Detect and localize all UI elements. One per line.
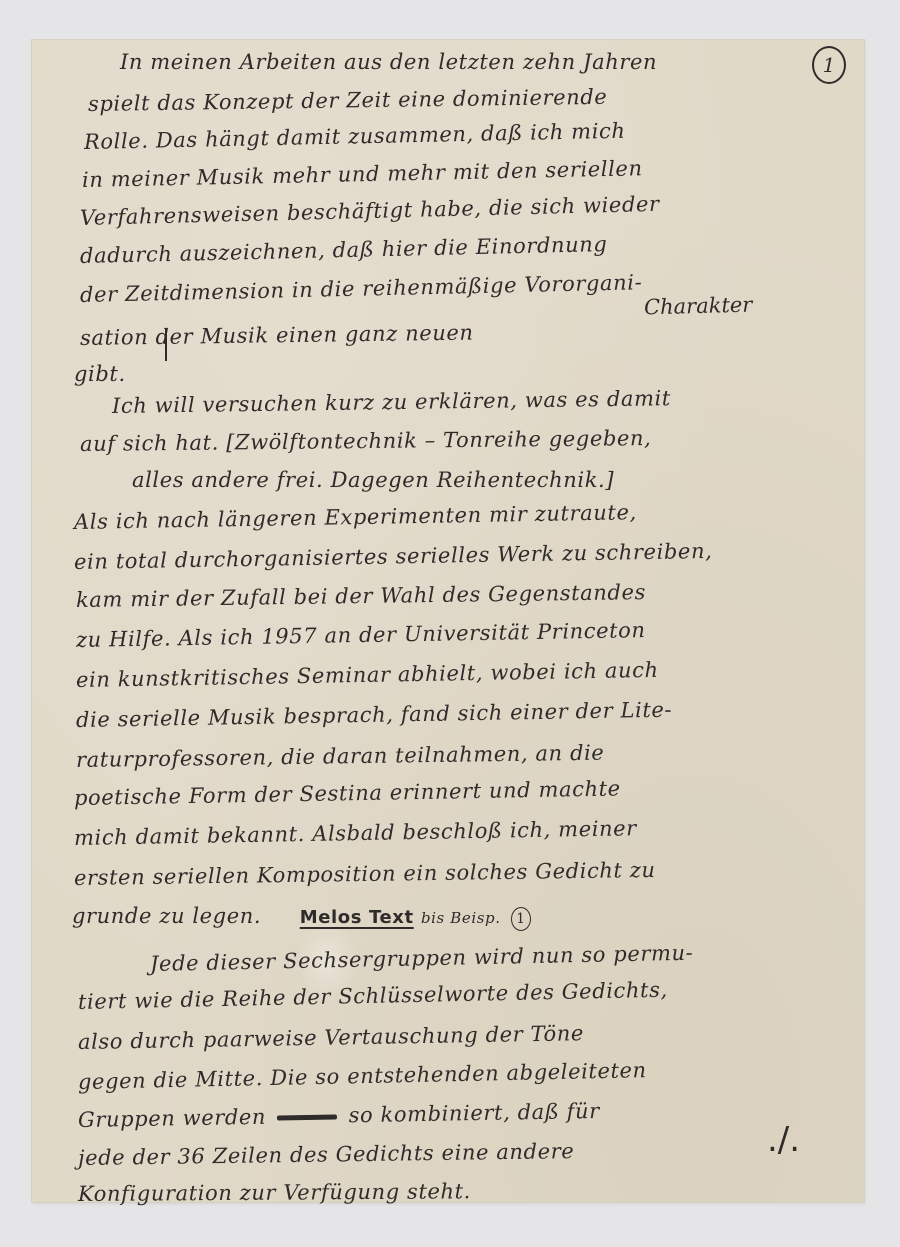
text-fragment: grunde zu legen. bbox=[72, 904, 261, 928]
text-line: ein total durchorganisiertes serielles W… bbox=[74, 539, 713, 574]
text-line: spielt das Konzept der Zeit eine dominie… bbox=[88, 85, 608, 116]
text-line: raturprofessoren, die daran teilnahmen, … bbox=[76, 741, 605, 772]
text-line: dadurch auszeichnen, daß hier die Einord… bbox=[80, 232, 608, 268]
text-line: Konfiguration zur Verfügung steht. bbox=[78, 1179, 471, 1206]
text-line: Jede dieser Sechsergruppen wird nun so p… bbox=[150, 941, 694, 976]
text-line: Rolle. Das hängt damit zusammen, daß ich… bbox=[84, 119, 626, 154]
text-line: gibt. bbox=[74, 362, 126, 386]
text-line: Als ich nach längeren Experimenten mir z… bbox=[74, 500, 637, 534]
continuation-mark: ./. bbox=[767, 1120, 800, 1160]
text-line: poetische Form der Sestina erinnert und … bbox=[74, 776, 621, 810]
struck-out-word bbox=[277, 1114, 337, 1120]
annotation-melos-text: Melos Text bbox=[300, 907, 414, 928]
text-line: grunde zu legen. Melos Text bis Beisp. 1 bbox=[72, 904, 531, 931]
inserted-word: Charakter bbox=[644, 293, 753, 320]
text-line: Verfahrensweisen beschäftigt habe, die s… bbox=[80, 192, 660, 230]
text-fragment: Gruppen werden bbox=[78, 1105, 266, 1132]
reference-circle: 1 bbox=[511, 907, 531, 931]
text-line: sation der Musik einen ganz neuen bbox=[80, 321, 474, 350]
text-fragment: so kombiniert, daß für bbox=[348, 1099, 600, 1127]
page-number-circle: 1 bbox=[812, 46, 846, 84]
text-line: Gruppen werden so kombiniert, daß für bbox=[78, 1099, 600, 1132]
text-line: der Zeitdimension in die reihenmäßige Vo… bbox=[80, 270, 643, 307]
text-line: in meiner Musik mehr und mehr mit den se… bbox=[82, 156, 643, 192]
text-line: zu Hilfe. Als ich 1957 an der Universitä… bbox=[76, 618, 646, 652]
text-line: auf sich hat. [Zwölftontechnik – Tonreih… bbox=[80, 426, 652, 456]
text-line: mich damit bekannt. Alsbald beschloß ich… bbox=[74, 816, 637, 850]
text-line: Ich will versuchen kurz zu erklären, was… bbox=[112, 386, 671, 418]
text-line: In meinen Arbeiten aus den letzten zehn … bbox=[120, 50, 657, 74]
text-line: ersten seriellen Komposition ein solches… bbox=[74, 858, 656, 890]
text-line: ein kunstkritisches Seminar abhielt, wob… bbox=[76, 658, 659, 692]
text-line: jede der 36 Zeilen des Gedichts eine and… bbox=[78, 1139, 575, 1170]
manuscript-page: 1 In meinen Arbeiten aus den letzten zeh… bbox=[32, 40, 864, 1202]
text-line: die serielle Musik besprach, fand sich e… bbox=[76, 698, 673, 732]
text-line: alles andere frei. Dagegen Reihentechnik… bbox=[132, 468, 614, 492]
annotation-suffix: bis Beisp. bbox=[421, 909, 501, 927]
text-line: also durch paarweise Vertauschung der Tö… bbox=[78, 1021, 584, 1054]
text-line: gegen die Mitte. Die so entstehenden abg… bbox=[78, 1058, 647, 1094]
text-line: tiert wie die Reihe der Schlüsselworte d… bbox=[78, 978, 668, 1014]
text-line: kam mir der Zufall bei der Wahl des Gege… bbox=[76, 580, 646, 612]
